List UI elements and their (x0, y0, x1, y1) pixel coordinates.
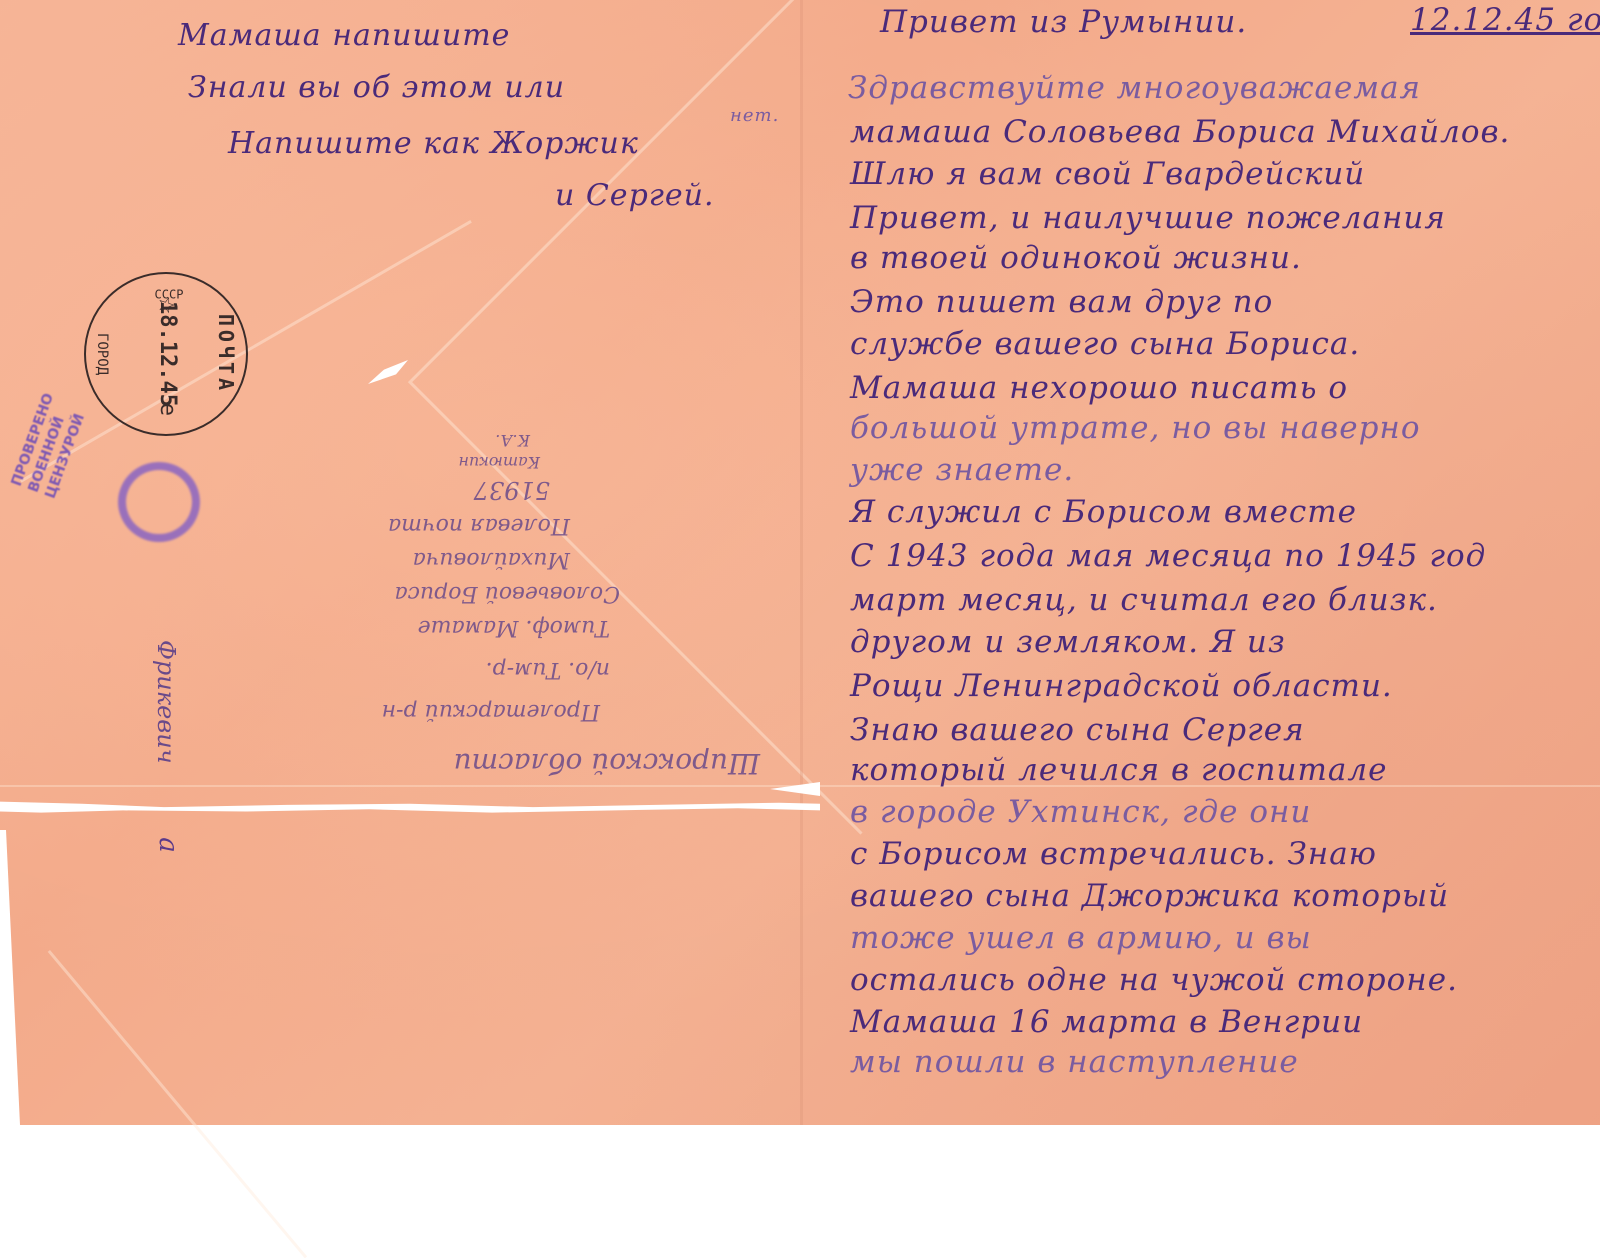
letter-line: остались одне на чужой стороне. (850, 962, 1458, 998)
postscript-line: и Сергей. (555, 178, 715, 213)
address-line: Полевая почта (388, 513, 570, 538)
postmark-top-text: ПОЧТА (214, 274, 238, 434)
letter-sheet: Мамаша напишите Знали вы об этом или нет… (0, 0, 1600, 1125)
letter-line: который лечился в госпитале (850, 752, 1387, 788)
letter-line: Я служил с Борисом вместе (850, 494, 1357, 530)
letter-heading: Привет из Румынии. (880, 4, 1247, 40)
letter-line: мамаша Соловьева Бориса Михайлов. (850, 114, 1510, 150)
letter-line: Шлю я вам свой Гвардейский (850, 156, 1365, 192)
address-line: Широкской области (454, 747, 760, 780)
letter-line: тоже ушел в армию, и вы (850, 920, 1312, 956)
letter-date: 12.12.45 года (1410, 2, 1600, 38)
letter-line: большой утрате, но вы наверно (850, 410, 1421, 446)
address-line: Катюкин (458, 453, 540, 472)
postscript-line: Напишите как Жоржик (228, 126, 639, 161)
paper-edge-cut (0, 830, 20, 1125)
postscript-line: нет. (730, 105, 779, 126)
letter-line: с Борисом встречались. Знаю (850, 836, 1377, 872)
letter-line: в твоей одинокой жизни. (850, 240, 1302, 276)
letter-line: Это пишет вам друг по (850, 284, 1273, 320)
letter-line: С 1943 года мая месяца по 1945 год (850, 538, 1486, 574)
letter-line: Здравствуйте многоуважаемая (848, 70, 1421, 106)
address-block: Широкской области Пролетарский р-н п/о. … (170, 420, 790, 800)
address-line: К.А. (495, 431, 530, 450)
letter-line: в городе Ухтинск, где они (850, 794, 1311, 830)
letter-line: Мамаша 16 марта в Венгрии (850, 1004, 1363, 1040)
letter-line: службе вашего сына Бориса. (850, 326, 1360, 362)
letter-line: вашего сына Джоржика который (850, 878, 1449, 914)
side-note-mark: а (153, 837, 183, 853)
side-note-vertical: Фрикевич (152, 640, 180, 764)
postscript-line: Знали вы об этом или (188, 70, 565, 105)
letter-line: другом и земляком. Я из (850, 624, 1286, 660)
letter-line: уже знаете. (850, 452, 1074, 488)
letter-line: Знаю вашего сына Сергея (850, 712, 1305, 748)
letter-line: Мамаша нехорошо писать о (850, 370, 1348, 406)
address-line: Тимоф. Мамаше (418, 615, 610, 640)
address-line: 51937 (474, 476, 550, 504)
letter-line: март месяц, и считал его близк. (850, 582, 1438, 618)
paper-hole (368, 360, 408, 384)
fold-line (48, 950, 307, 1125)
fold-line (800, 0, 803, 1125)
postmark-series: е (155, 403, 180, 416)
postscript-line: Мамаша напишите (178, 18, 510, 53)
letter-line: Привет, и наилучшие пожелания (850, 200, 1446, 236)
letter-line: Рощи Ленинградской области. (850, 668, 1393, 704)
address-line: Михайловича (413, 547, 570, 572)
address-line: п/о. Тим-р. (486, 657, 610, 682)
address-line: Пролетарский р-н (382, 699, 600, 724)
letter-line: мы пошли в наступление (850, 1044, 1299, 1080)
address-line: Соловьевой Бориса (395, 581, 620, 606)
